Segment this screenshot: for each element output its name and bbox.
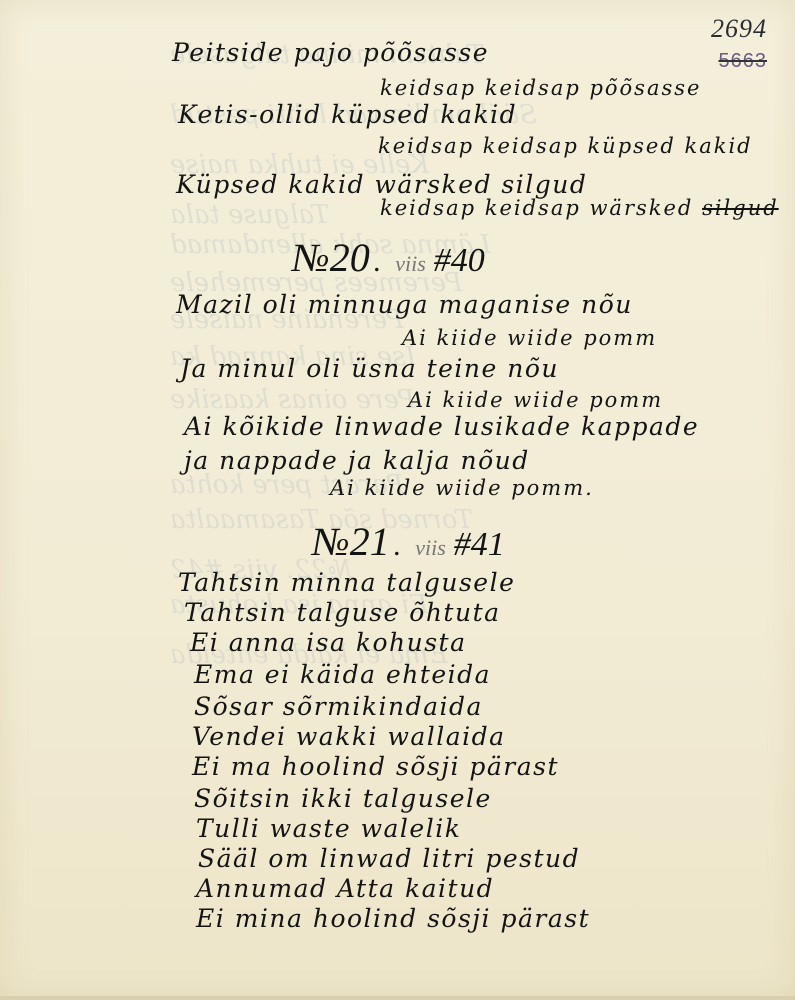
song-heading: №20. viis #40 bbox=[292, 234, 485, 281]
old-archive-number-struck: 5663 bbox=[719, 50, 768, 73]
verse-line: Ei anna isa kohusta bbox=[190, 628, 467, 657]
refrain-text: keidsap keidsap wärsked bbox=[380, 196, 693, 220]
refrain-line: Ai kiide wiide pomm. bbox=[330, 476, 594, 500]
verse-line: Vendei wakki wallaida bbox=[192, 722, 506, 751]
verse-line: Ja minul oli üsna teine nõu bbox=[180, 354, 559, 383]
verse-line: Ei mina hoolind sõsji pärast bbox=[196, 904, 590, 933]
refrain-line: keidsap keidsap küpsed kakid bbox=[378, 134, 753, 158]
verse-line: Tahtsin talguse õhtuta bbox=[184, 598, 501, 627]
manuscript-page: Tahtsin minna talgusele Sääl om linwad l… bbox=[0, 0, 795, 1000]
song-heading: №21. viis #41 bbox=[312, 518, 505, 565]
verse-line: Ema ei käida ehteida bbox=[194, 660, 491, 689]
song-number: №21 bbox=[312, 519, 390, 564]
verse-line: Sõsar sõrmikindaida bbox=[194, 692, 483, 721]
verse-line: Mazil oli minnuga maganise nõu bbox=[176, 290, 633, 319]
verse-line: Tahtsin minna talgusele bbox=[178, 568, 515, 597]
tune-number: #40 bbox=[434, 242, 485, 279]
verse-line: Peitside pajo põõsasse bbox=[172, 38, 489, 67]
tune-number: #41 bbox=[454, 526, 505, 563]
refrain-line: Ai kiide wiide pomm bbox=[402, 326, 657, 350]
archive-number-block: 2694 5663 bbox=[711, 14, 767, 73]
archive-number: 2694 bbox=[711, 14, 767, 44]
refrain-line: Ai kiide wiide pomm bbox=[408, 388, 663, 412]
song-number: №20 bbox=[292, 235, 370, 280]
verse-line: ja nappade ja kalja nõud bbox=[184, 446, 530, 475]
verse-line: Annumad Atta kaitud bbox=[196, 874, 494, 903]
verse-line: Küpsed kakid wärsked silgud bbox=[176, 170, 587, 199]
refrain-line: keidsap keidsap põõsasse bbox=[380, 76, 701, 100]
verse-line: Ei ma hoolind sõsji pärast bbox=[192, 752, 559, 781]
verse-line: Sõitsin ikki talgusele bbox=[194, 784, 492, 813]
verse-line: Ai kõikide linwade lusikade kappade bbox=[184, 412, 699, 441]
verse-line: Ketis-ollid küpsed kakid bbox=[178, 100, 517, 129]
verse-line: Tulli waste walelik bbox=[196, 814, 461, 843]
refrain-line: keidsap keidsap wärsked silgud bbox=[380, 196, 779, 220]
tune-label: viis bbox=[395, 251, 426, 276]
verse-line: Sääl om linwad litri pestud bbox=[198, 844, 580, 873]
bleed-line: Pere oinas kaasike bbox=[170, 385, 415, 415]
struck-word: silgud bbox=[702, 196, 779, 220]
bleed-line: Talguse tala bbox=[170, 200, 329, 230]
page-bottom-edge bbox=[0, 996, 795, 1000]
tune-label: viis bbox=[415, 535, 446, 560]
